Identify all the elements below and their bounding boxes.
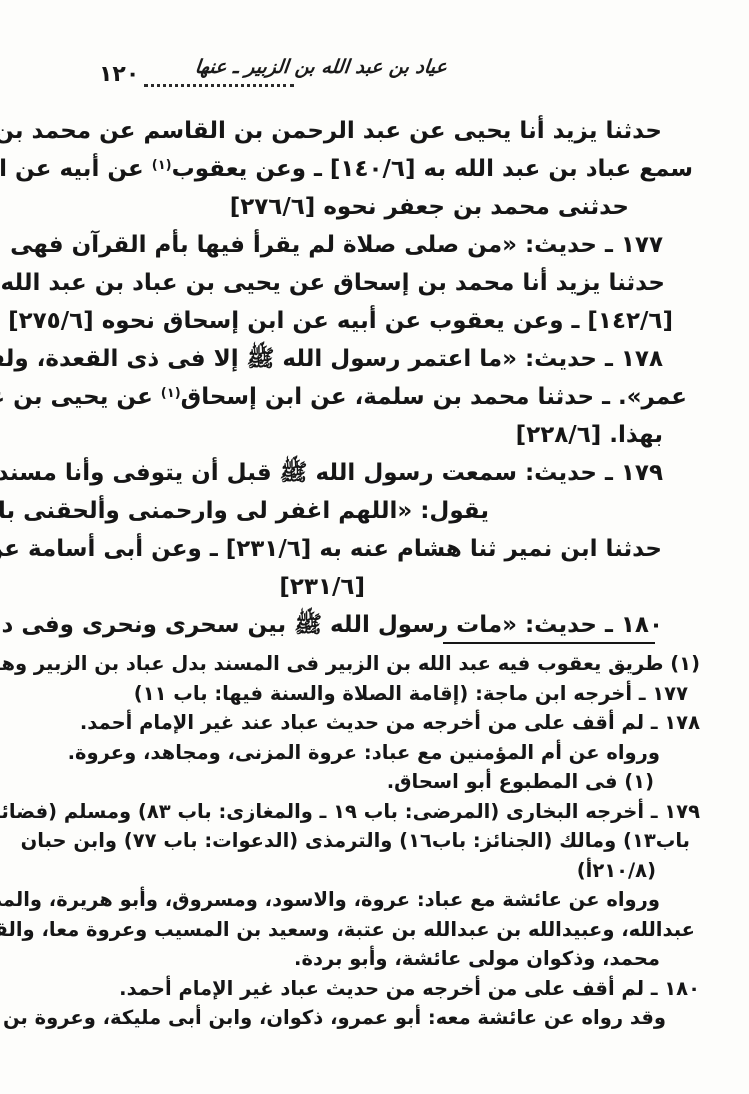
body-line: بهذا. [٢٢٨/٦]: [54, 416, 695, 454]
page-number: ١٢٠: [99, 62, 139, 87]
body-line: يقول: «اللهم اغفر لى وارحمنى وألحقنى بال…: [54, 492, 695, 530]
body-line: حدثنا يزيد أنا محمد بن إسحاق عن يحيى بن …: [54, 264, 695, 302]
body-line: حدثنا يزيد أنا يحيى عن عبد الرحمن بن الق…: [54, 112, 695, 150]
body-text: حدثنا يزيد أنا يحيى عن عبد الرحمن بن الق…: [54, 112, 695, 644]
footnote-line: ١٧٨ ـ لم أقف على من أخرجه من حديث عباد ع…: [46, 708, 700, 738]
body-line: سمع عباد بن عبد الله به [١٤٠/٦] ـ وعن يع…: [54, 150, 695, 188]
footnote-line: ورواه عن عائشة مع عباد: عروة، والاسود، و…: [46, 885, 700, 915]
body-line: [٢٣١/٦]: [54, 568, 695, 606]
body-line: [١٤٢/٦] ـ وعن يعقوب عن أبيه عن ابن إسحاق…: [54, 302, 695, 340]
body-line: ١٧٩ ـ حديث: سمعت رسول الله ﷺ قبل أن يتوف…: [54, 454, 695, 492]
running-head-title: عياد بن عبد الله بن الزبير ـ عنها: [194, 56, 448, 78]
footnote-line: (١) فى المطبوع أبو اسحاق.: [46, 767, 700, 797]
footnote-line: محمد، وذكوان مولى عائشة، وأبو بردة.: [46, 944, 700, 974]
footnote-line: وقد رواه عن عائشة معه: أبو عمرو، ذكوان، …: [46, 1003, 700, 1033]
body-line: حدثنى محمد بن جعفر نحوه [٢٧٦/٦]: [54, 188, 695, 226]
body-line: ١٧٧ ـ حديث: «من صلى صلاة لم يقرأ فيها بأ…: [54, 226, 695, 264]
footnote-separator: [443, 642, 655, 644]
body-line: ١٧٨ ـ حديث: «ما اعتمر رسول الله ﷺ إلا فى…: [54, 340, 695, 378]
footnote-line: عبدالله، وعبيدالله بن عبدالله بن عتبة، و…: [46, 915, 700, 945]
footnote-line: ١٧٩ ـ أخرجه البخارى (المرضى: باب ١٩ ـ وا…: [46, 797, 700, 827]
book-page: عياد بن عبد الله بن الزبير ـ عنها ١٢٠ حد…: [0, 0, 749, 1094]
footnotes-section: (١) طريق يعقوب فيه عبد الله بن الزبير فى…: [46, 642, 700, 1033]
footnote-line: ١٨٠ ـ لم أقف على من أخرجه من حديث عباد غ…: [46, 974, 700, 1004]
footnote-line: ١٧٧ ـ أخرجه ابن ماجة: (إقامة الصلاة والس…: [46, 679, 700, 709]
footnote-line: (١) طريق يعقوب فيه عبد الله بن الزبير فى…: [46, 649, 700, 679]
body-line: عمر». ـ حدثنا محمد بن سلمة، عن ابن إسحاق…: [54, 378, 695, 416]
body-line: حدثنا ابن نمير ثنا هشام عنه به [٢٣١/٦] ـ…: [54, 530, 695, 568]
body-line: ١٨٠ ـ حديث: «مات رسول الله ﷺ بين سحرى ون…: [54, 606, 695, 644]
footnote-line: ورواه عن أم المؤمنين مع عباد: عروة المزن…: [46, 738, 700, 768]
footnote-line: (٢١٠/٨أ): [46, 856, 700, 886]
footnote-line: باب١٣) ومالك (الجنائز: باب١٦) والترمذى (…: [46, 826, 700, 856]
header-dotted-rule: [144, 84, 294, 87]
